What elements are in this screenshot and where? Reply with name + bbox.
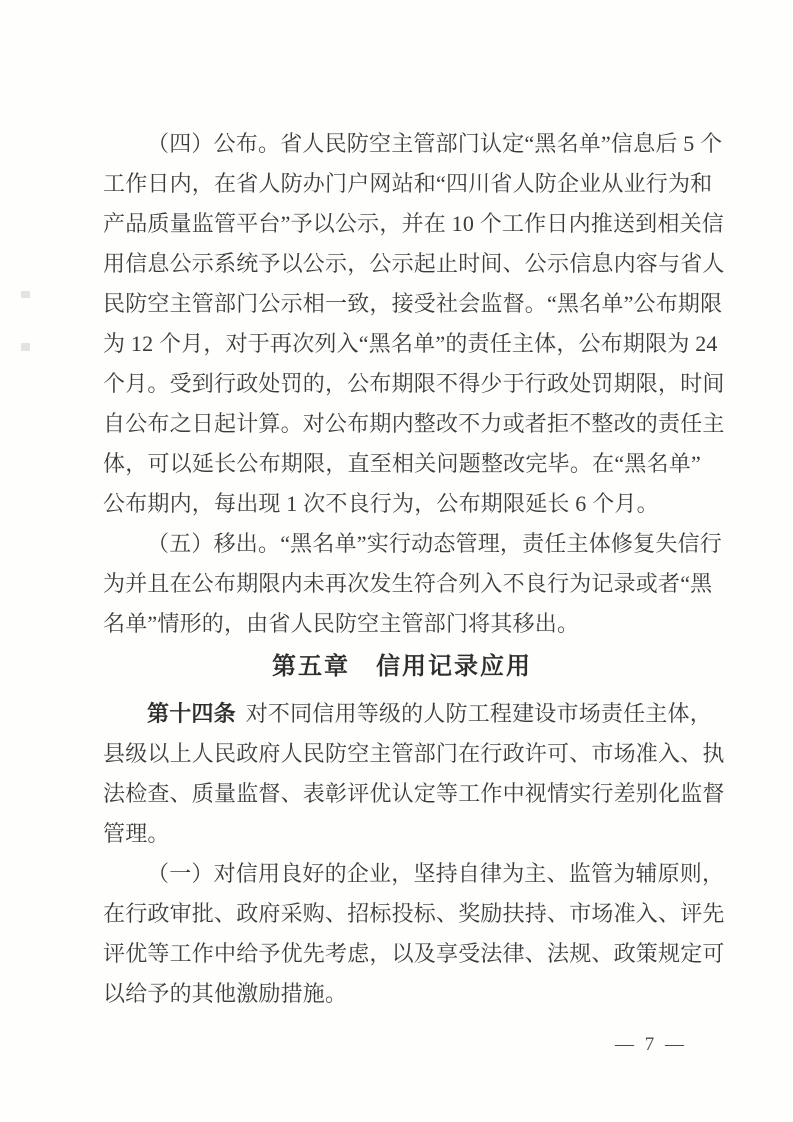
text-line: 公布期内，每出现 1 次不良行为，公布期限延长 6 个月。: [103, 484, 701, 524]
text-line: 县级以上人民政府人民防空主管部门在行政许可、市场准入、执: [103, 734, 701, 774]
text-line: 体，可以延长公布期限，直至相关问题整改完毕。在“黑名单”: [103, 444, 701, 484]
text-line: （一）对信用良好的企业，坚持自律为主、监管为辅原则，: [103, 854, 701, 894]
document-page: （四）公布。省人民防空主管部门认定“黑名单”信息后 5 个工作日内，在省人防办门…: [0, 0, 793, 1122]
text-line: 在行政审批、政府采购、招标投标、奖励扶持、市场准入、评先: [103, 894, 701, 934]
scan-artifact: [21, 291, 30, 298]
text-line: 评优等工作中给予优先考虑，以及享受法律、法规、政策规定可: [103, 934, 701, 974]
text-line: 第十四条对不同信用等级的人防工程建设市场责任主体，: [103, 694, 701, 734]
article-lead-text: 对不同信用等级的人防工程建设市场责任主体，: [246, 701, 712, 726]
article-number: 第十四条: [147, 701, 236, 726]
text-line: 自公布之日起计算。对公布期内整改不力或者拒不整改的责任主: [103, 404, 701, 444]
text-line: 工作日内，在省人防办门户网站和“四川省人防企业从业行为和: [103, 164, 701, 204]
paragraph-item-5: （五）移出。“黑名单”实行动态管理，责任主体修复失信行为并且在公布期限内未再次发…: [103, 524, 701, 644]
text-line: 法检查、质量监督、表彰评优认定等工作中视情实行差别化监督: [103, 774, 701, 814]
text-line: 民防空主管部门公示相一致，接受社会监督。“黑名单”公布期限: [103, 284, 701, 324]
text-line: 个月。受到行政处罚的，公布期限不得少于行政处罚期限，时间: [103, 364, 701, 404]
page-number: — 7 —: [615, 1034, 687, 1056]
chapter-heading: 第五章 信用记录应用: [103, 647, 701, 687]
text-line: 用信息公示系统予以公示，公示起止时间、公示信息内容与省人: [103, 244, 701, 284]
scan-artifact: [21, 343, 30, 351]
text-line: （四）公布。省人民防空主管部门认定“黑名单”信息后 5 个: [103, 124, 701, 164]
text-line: 为并且在公布期限内未再次发生符合列入不良行为记录或者“黑: [103, 564, 701, 604]
paragraph-item-4: （四）公布。省人民防空主管部门认定“黑名单”信息后 5 个工作日内，在省人防办门…: [103, 124, 701, 524]
document-body: （四）公布。省人民防空主管部门认定“黑名单”信息后 5 个工作日内，在省人防办门…: [103, 124, 701, 1014]
text-line: 名单”情形的，由省人民防空主管部门将其移出。: [103, 604, 701, 644]
text-line: 产品质量监管平台”予以公示，并在 10 个工作日内推送到相关信: [103, 204, 701, 244]
text-line: 管理。: [103, 814, 701, 854]
paragraph-item-1: （一）对信用良好的企业，坚持自律为主、监管为辅原则，在行政审批、政府采购、招标投…: [103, 854, 701, 1014]
text-line: 为 12 个月，对于再次列入“黑名单”的责任主体，公布期限为 24: [103, 324, 701, 364]
paragraph-article-14: 第十四条对不同信用等级的人防工程建设市场责任主体， 县级以上人民政府人民防空主管…: [103, 694, 701, 854]
text-line: （五）移出。“黑名单”实行动态管理，责任主体修复失信行: [103, 524, 701, 564]
text-line: 以给予的其他激励措施。: [103, 974, 701, 1014]
